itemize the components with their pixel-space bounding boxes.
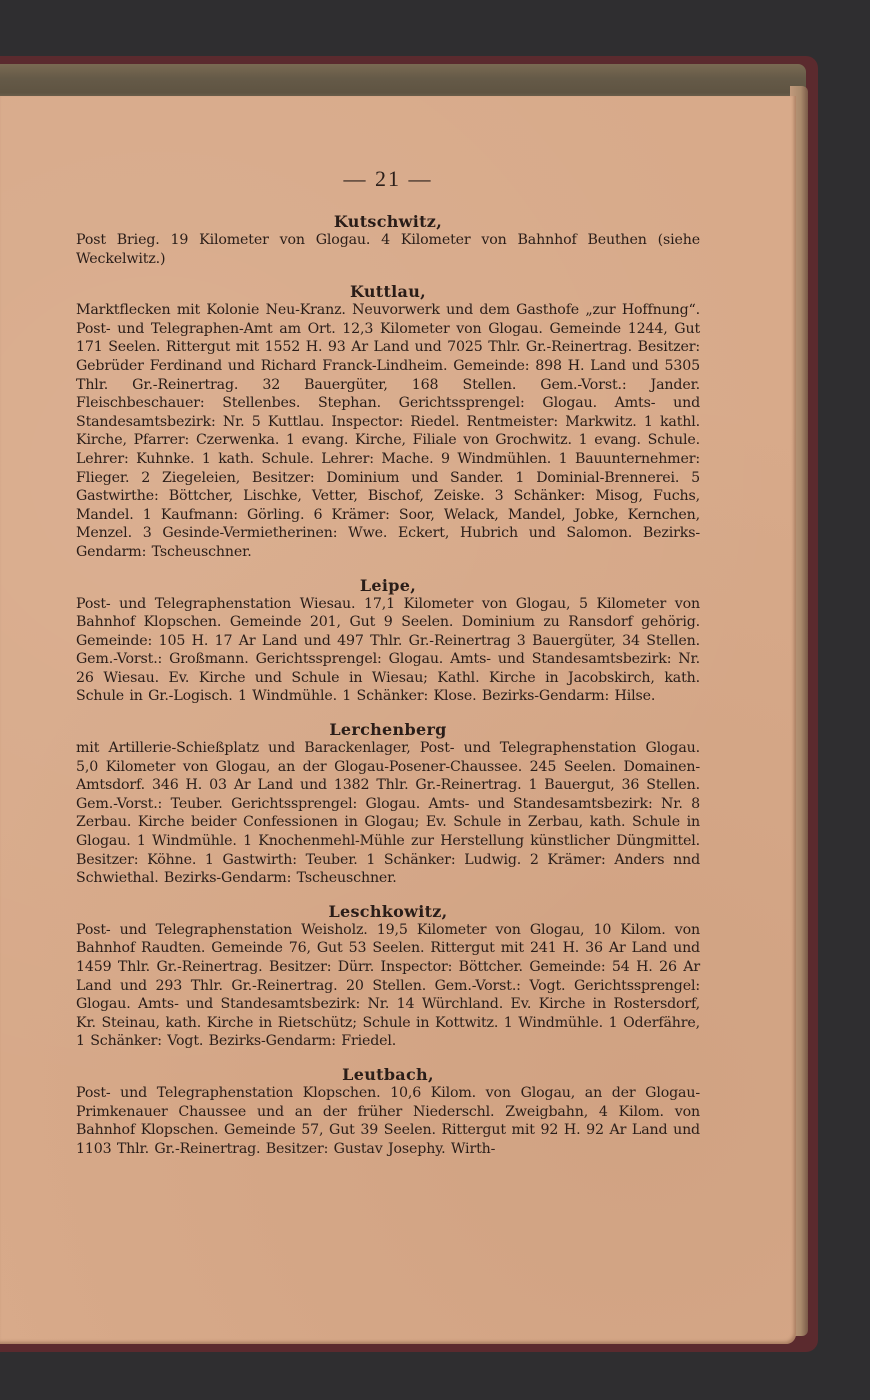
entry-title: Leutbach, bbox=[76, 1065, 700, 1084]
page-number: — 21 — bbox=[76, 166, 700, 192]
entry-title: Leipe, bbox=[76, 576, 700, 595]
entry-body: Post- und Telegraphenstation Wiesau. 17,… bbox=[76, 595, 700, 707]
page-block-top-edge bbox=[0, 64, 806, 100]
entry-title: Leschkowitz, bbox=[76, 902, 700, 921]
entry-leipe: Leipe, Post- und Telegraphenstation Wies… bbox=[76, 576, 700, 707]
entry-kutschwitz: Kutschwitz, Post Brieg. 19 Kilometer von… bbox=[76, 212, 700, 268]
entry-lerchenberg: Lerchenberg mit Artillerie-Schießplatz u… bbox=[76, 720, 700, 888]
entry-leutbach: Leutbach, Post- und Telegraphenstation K… bbox=[76, 1065, 700, 1158]
entry-title: Kutschwitz, bbox=[76, 212, 700, 231]
book-page: — 21 — Kutschwitz, Post Brieg. 19 Kilome… bbox=[0, 96, 796, 1344]
entry-leschkowitz: Leschkowitz, Post- und Telegraphenstatio… bbox=[76, 902, 700, 1051]
entry-body: Post- und Telegraphenstation Klopschen. … bbox=[76, 1084, 700, 1158]
entry-kuttlau: Kuttlau, Marktflecken mit Kolonie Neu-Kr… bbox=[76, 282, 700, 561]
entry-title: Lerchenberg bbox=[76, 720, 700, 739]
entry-body: Post- und Telegraphenstation Weisholz. 1… bbox=[76, 921, 700, 1051]
entry-body: mit Artillerie-Schießplatz und Barackenl… bbox=[76, 739, 700, 888]
entry-body: Marktflecken mit Kolonie Neu-Kranz. Neuv… bbox=[76, 301, 700, 561]
entry-body: Post Brieg. 19 Kilometer von Glogau. 4 K… bbox=[76, 231, 700, 268]
page-text-area: — 21 — Kutschwitz, Post Brieg. 19 Kilome… bbox=[76, 166, 700, 1172]
entry-title: Kuttlau, bbox=[76, 282, 700, 301]
